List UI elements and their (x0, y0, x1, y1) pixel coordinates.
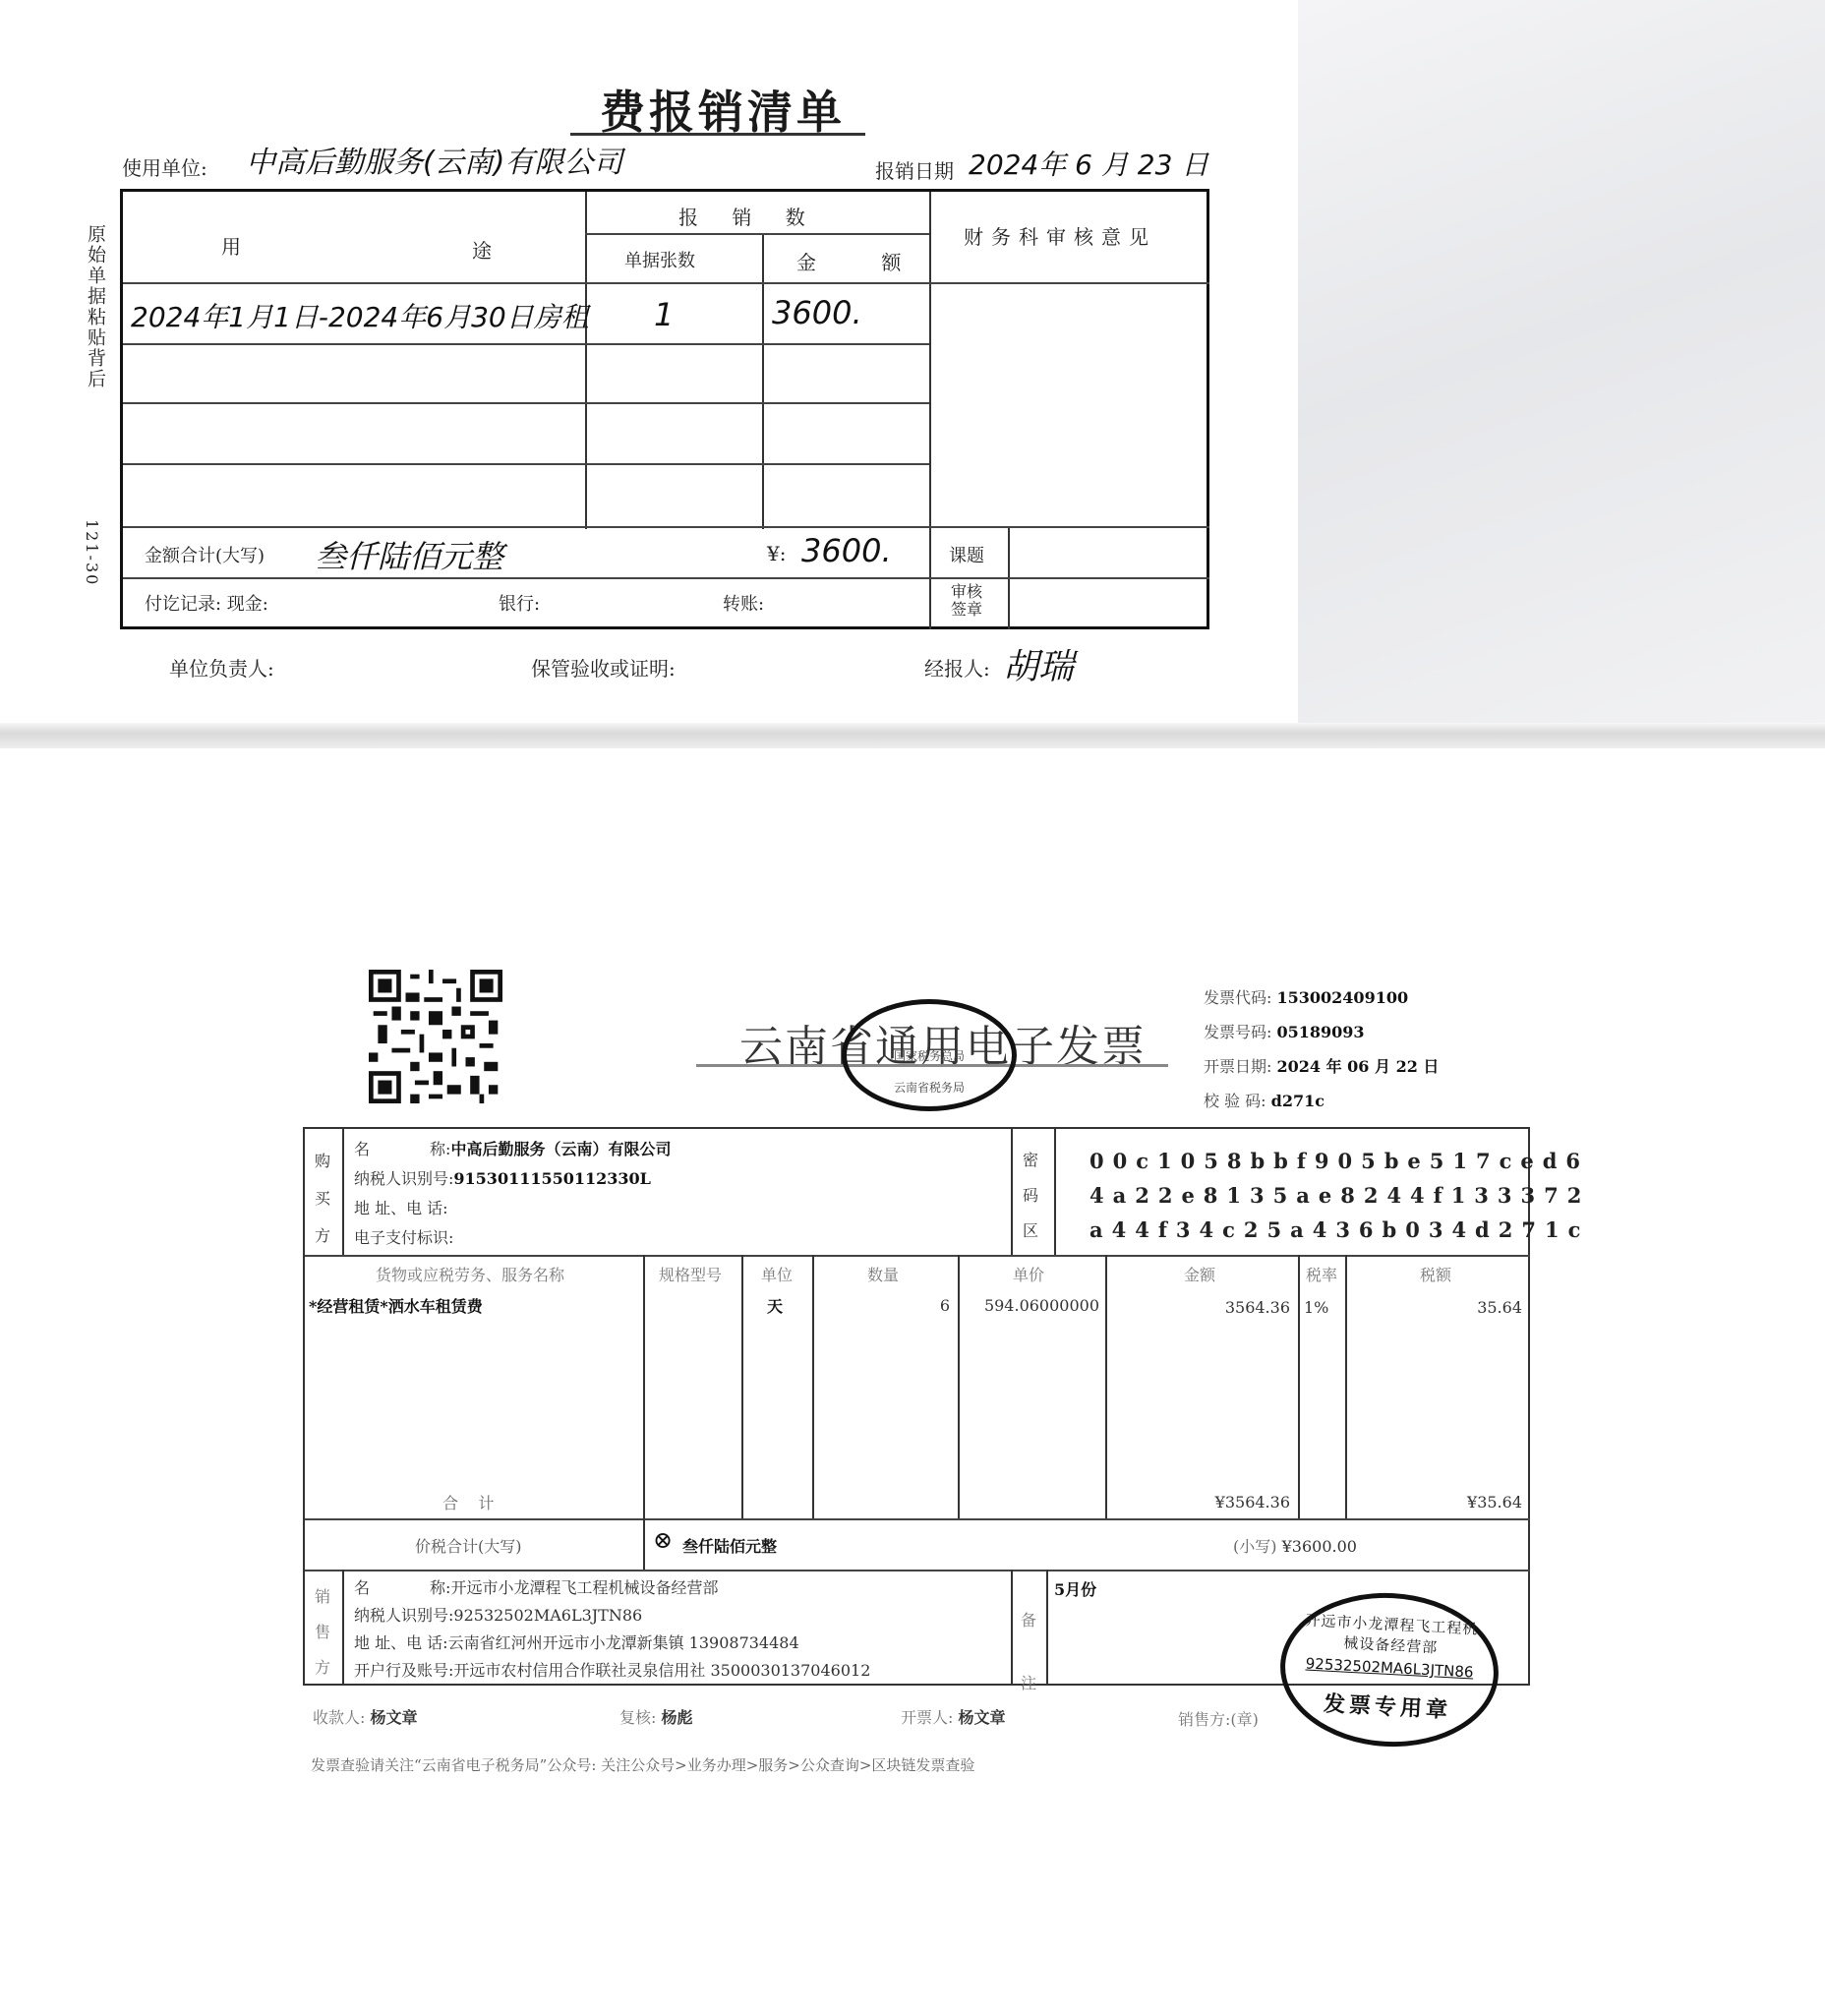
item-amount: 3564.36 (1109, 1298, 1290, 1317)
qr-code-icon (366, 970, 505, 1103)
using-unit-label: 使用单位: (122, 152, 207, 181)
title-underline (570, 133, 865, 136)
verification-notice: 发票查验请关注“云南省电子税务局”公众号: 关注公众号>业务办理>服务>公众查询… (311, 1754, 974, 1775)
seller-side-label: 销售方 (315, 1579, 334, 1686)
handler-label: 经报人: (924, 653, 990, 682)
invoice-code-value: 153002409100 (1277, 988, 1409, 1007)
total-words-label: 价税合计(大写) (415, 1534, 522, 1557)
item-tax: 35.64 (1349, 1298, 1522, 1317)
subtotal-tax: ¥35.64 (1349, 1493, 1522, 1512)
side-code: 121-30 (83, 519, 101, 586)
col-header-rate: 税率 (1306, 1263, 1337, 1285)
buyer-tax-id: 纳税人识别号:91530111550112330L (354, 1166, 651, 1189)
header-reimbursement-count: 报 销 数 (678, 202, 819, 230)
invoice-number: 发票号码: 05189093 (1204, 1020, 1365, 1042)
header-receipt-count: 单据张数 (624, 247, 695, 272)
buyer-tax-id-value: 91530111550112330L (453, 1169, 651, 1188)
handler-signature: 胡瑞 (1003, 639, 1074, 689)
cipher-line-3: a44f34c25a436b034d271c (1089, 1217, 1589, 1242)
stamp-arc-text: 开远市小龙潭程飞工程机械设备经营部 (1300, 1609, 1483, 1660)
buyer-name: 名 称:中高后勤服务（云南）有限公司 (354, 1137, 671, 1159)
total-symbol: ¥: (767, 542, 786, 565)
header-finance-review: 财务科审核意见 (964, 221, 1156, 250)
total-words: 叁仟陆佰元整 (315, 532, 503, 577)
col-header-tax: 税额 (1420, 1263, 1451, 1285)
col-header-amount: 金额 (1184, 1263, 1215, 1285)
remarks-label: 备注 (1021, 1589, 1040, 1715)
payee: 收款人: 杨文章 (313, 1705, 418, 1728)
seller-tax-id-value: 92532502MA6L3JTN86 (453, 1606, 642, 1625)
stamp-bottom-text: 发票专用章 (1296, 1686, 1478, 1726)
row-receipts: 1 (654, 296, 674, 333)
invoice-number-value: 05189093 (1277, 1023, 1365, 1041)
col-header-qty: 数量 (867, 1263, 899, 1285)
col-header-name: 货物或应税劳务、服务名称 (376, 1263, 564, 1285)
buyer-payment-id: 电子支付标识: (354, 1225, 453, 1248)
stamp-bottom-text: 云南省税务局 (847, 1079, 1012, 1096)
seller-address: 地 址、电 话:云南省红河州开远市小龙潭新集镇 13908734484 (354, 1631, 799, 1653)
item-qty: 6 (816, 1296, 950, 1315)
audit-seal-label: 审核签章 (951, 583, 990, 619)
total-amount: 3600. (801, 532, 892, 569)
tax-bureau-stamp: 国家税务总局 云南省税务局 (842, 999, 1017, 1111)
total-label: 金额合计(大写) (145, 542, 265, 567)
cipher-line-2: 4a22e8135ae8244f133372 (1089, 1183, 1590, 1208)
reviewer-value: 杨彪 (662, 1708, 693, 1727)
invoice-date-label: 开票日期: (1204, 1057, 1271, 1076)
seller-bank: 开户行及账号:开远市农村信用合作联社灵泉信用社 3500030137046012 (354, 1658, 870, 1681)
subtotal-amount: ¥3564.36 (1109, 1493, 1290, 1512)
invoice-check-code: 校 验 码: d271c (1204, 1089, 1325, 1111)
subtotal-label: 合 计 (442, 1491, 494, 1513)
invoice-code: 发票代码: 153002409100 (1204, 985, 1408, 1008)
invoice-date: 开票日期: 2024 年 06 月 22 日 (1204, 1054, 1439, 1077)
item-unit: 天 (767, 1294, 783, 1317)
seller-bank-value: 开远市农村信用合作联社灵泉信用社 3500030137046012 (453, 1661, 870, 1680)
col-header-unit: 单位 (761, 1263, 793, 1285)
circle-x-icon: ⊗ (653, 1526, 673, 1554)
invoice-code-label: 发票代码: (1204, 988, 1271, 1007)
buyer-side-label: 购买方 (315, 1143, 334, 1255)
reimbursement-table: 用 途 报 销 数 单据张数 金 额 财务科审核意见 2024年1月1日-202… (120, 189, 1209, 629)
payment-record-label: 付讫记录: 现金: (145, 590, 268, 616)
issuer-value: 杨文章 (959, 1708, 1006, 1727)
buyer-address: 地 址、电 话: (354, 1196, 448, 1218)
unit-head-label: 单位负责人: (169, 653, 274, 682)
date-value: 2024年 6 月 23 日 (969, 144, 1208, 183)
stamp-top-text: 国家税务总局 (847, 1047, 1012, 1064)
issuer: 开票人: 杨文章 (901, 1705, 1006, 1728)
remarks-value: 5月份 (1054, 1577, 1096, 1600)
item-rate: 1% (1304, 1298, 1328, 1317)
check-code-value: d271c (1271, 1092, 1325, 1110)
subject-label: 课题 (949, 542, 984, 567)
header-purpose-left: 用 (221, 231, 241, 260)
transfer-label: 转账: (723, 590, 764, 616)
invoice-number-label: 发票号码: (1204, 1023, 1271, 1041)
seller-name-value: 开远市小龙潭程飞工程机械设备经营部 (450, 1578, 718, 1597)
reviewer: 复核: 杨彪 (619, 1705, 693, 1728)
row-purpose: 2024年1月1日-2024年6月30日房租 (131, 296, 589, 335)
custody-label: 保管验收或证明: (531, 653, 676, 682)
side-note: 原始单据粘贴背后 (83, 224, 109, 389)
seller-tax-id: 纳税人识别号:92532502MA6L3JTN86 (354, 1603, 642, 1626)
col-header-price: 单价 (1013, 1263, 1044, 1285)
col-header-spec: 规格型号 (659, 1263, 722, 1285)
cipher-side-label: 密码区 (1023, 1143, 1042, 1249)
item-name: *经营租赁*洒水车租赁费 (309, 1294, 483, 1317)
total-small-value: ¥3600.00 (1282, 1537, 1357, 1556)
total-words-value: 叁仟陆佰元整 (682, 1534, 777, 1557)
background-surface (1298, 0, 1825, 747)
page-separator (0, 723, 1825, 748)
header-amount: 金 额 (796, 247, 930, 275)
invoice-date-value: 2024 年 06 月 22 日 (1277, 1057, 1440, 1076)
seller-address-value: 云南省红河州开远市小龙潭新集镇 13908734484 (448, 1633, 799, 1652)
buyer-name-value: 中高后勤服务（云南）有限公司 (450, 1140, 671, 1158)
seller-name: 名 称:开远市小龙潭程飞工程机械设备经营部 (354, 1575, 718, 1598)
header-purpose-right: 途 (472, 235, 492, 264)
reimbursement-form: 费报销清单 使用单位: 中高后勤服务(云南)有限公司 报销日期 2024年 6 … (0, 0, 1298, 728)
item-price: 594.06000000 (962, 1296, 1099, 1315)
date-label: 报销日期 (875, 155, 954, 184)
payee-value: 杨文章 (371, 1708, 418, 1727)
cipher-line-1: 00c1058bbf905be517ced6 (1089, 1149, 1589, 1173)
bank-label: 银行: (499, 590, 540, 616)
using-unit-value: 中高后勤服务(云南)有限公司 (246, 138, 622, 181)
seller-seal-label: 销售方:(章) (1178, 1707, 1259, 1730)
total-small: (小写) ¥3600.00 (1233, 1534, 1357, 1557)
row-amount: 3600. (772, 294, 862, 331)
check-code-label: 校 验 码: (1204, 1092, 1266, 1110)
